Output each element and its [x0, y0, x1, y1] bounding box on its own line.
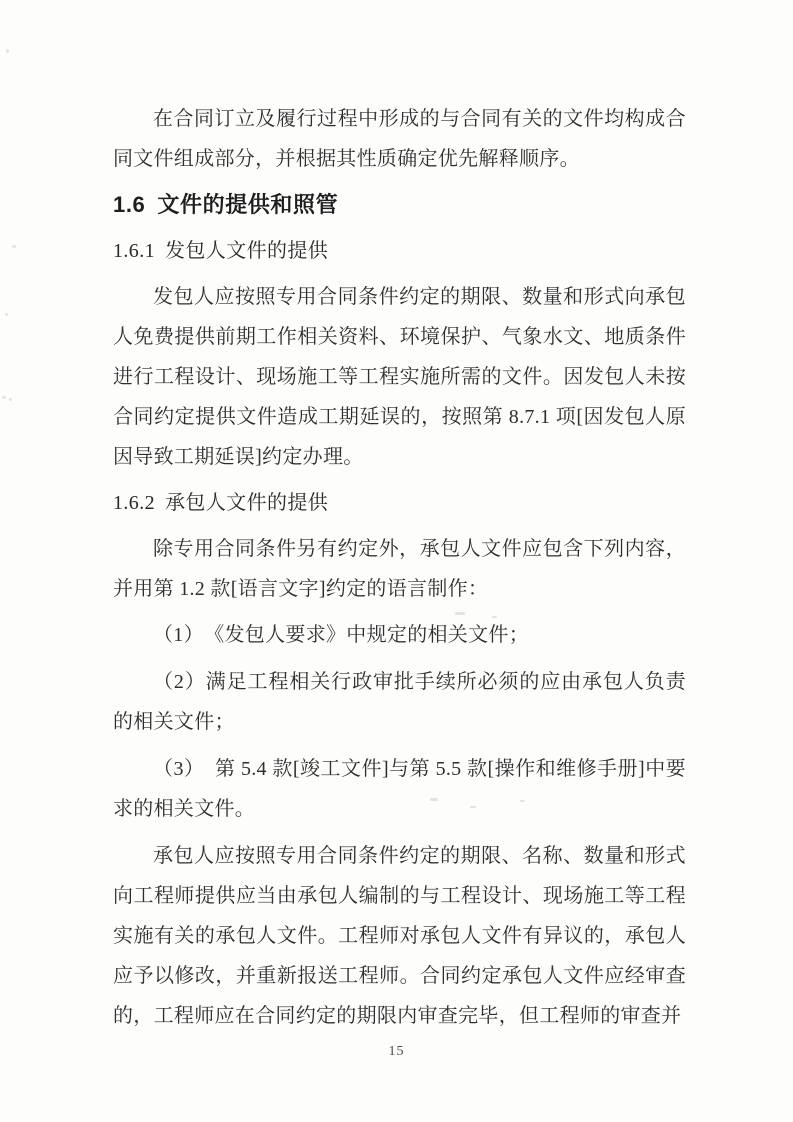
- section-number: 1.6: [113, 192, 145, 217]
- subsection-heading-1-6-1: 1.6.1发包人文件的提供: [113, 231, 686, 271]
- page-number: 15: [0, 1044, 793, 1060]
- subsection-heading-1-6-2: 1.6.2承包人文件的提供: [113, 483, 686, 523]
- subsection-number: 1.6.2: [113, 492, 155, 514]
- scan-speckle: [6, 49, 9, 53]
- contractor-documents-closing-paragraph: 承包人应按照专用合同条件约定的期限、名称、数量和形式向工程师提供应当由承包人编制…: [113, 836, 686, 1036]
- list-item-1: （1） 《发包人要求》中规定的相关文件；: [113, 615, 686, 655]
- scan-speckle: [492, 616, 497, 618]
- section-heading-1-6: 1.6文件的提供和照管: [113, 185, 686, 225]
- scan-speckle: [470, 806, 476, 808]
- scan-speckle: [430, 798, 438, 801]
- scan-speckle: [520, 800, 525, 802]
- scan-speckle: [12, 245, 16, 248]
- scan-speckle: [5, 313, 8, 316]
- contract-text-body: 在合同订立及履行过程中形成的与合同有关的文件均构成合同文件组成部分，并根据其性质…: [113, 99, 686, 1036]
- scan-speckle: [455, 612, 465, 615]
- intro-paragraph: 在合同订立及履行过程中形成的与合同有关的文件均构成合同文件组成部分，并根据其性质…: [113, 99, 686, 179]
- contractor-documents-lead-paragraph: 除专用合同条件另有约定外，承包人文件应包含下列内容，并用第 1.2 款[语言文字…: [113, 529, 686, 609]
- scanned-document-page: 在合同订立及履行过程中形成的与合同有关的文件均构成合同文件组成部分，并根据其性质…: [0, 0, 793, 1122]
- scan-speckle: [9, 398, 12, 401]
- scan-speckle: [2, 396, 6, 399]
- subsection-number: 1.6.1: [113, 240, 155, 262]
- employer-documents-paragraph: 发包人应按照专用合同条件约定的期限、数量和形式向承包人免费提供前期工作相关资料、…: [113, 277, 686, 477]
- section-title: 文件的提供和照管: [157, 192, 338, 217]
- subsection-title: 发包人文件的提供: [165, 240, 328, 262]
- list-item-3: （3） 第 5.4 款[竣工文件]与第 5.5 款[操作和维修手册]中要求的相关…: [113, 749, 686, 829]
- subsection-title: 承包人文件的提供: [165, 492, 328, 514]
- list-item-2: （2）满足工程相关行政审批手续所必须的应由承包人负责的相关文件；: [113, 662, 686, 742]
